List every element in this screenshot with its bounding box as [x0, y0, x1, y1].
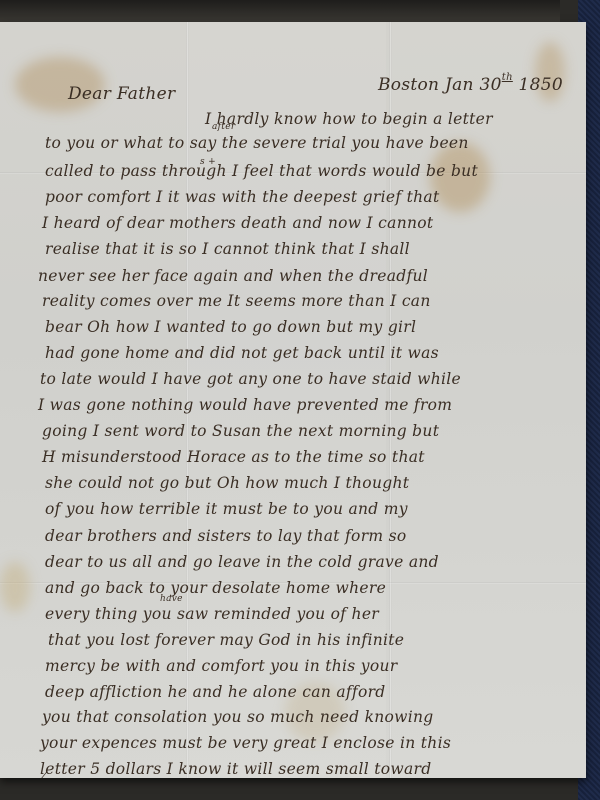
day: 30 — [480, 75, 502, 95]
day-suffix: th — [502, 72, 513, 83]
letter-line: you that consolation you so much need kn… — [42, 708, 434, 726]
place: Boston — [378, 75, 439, 95]
letter-line: had gone home and did not get back until… — [45, 344, 439, 362]
letter-line: and go back to your desolate home where — [45, 579, 386, 597]
letter-line: to late would I have got any one to have… — [40, 370, 461, 388]
letter-line: deep affliction he and he alone can affo… — [45, 683, 386, 701]
salutation: Dear Father — [68, 84, 175, 104]
month: Jan — [445, 75, 474, 95]
dark-background-top — [0, 0, 560, 22]
letter-line: that you lost forever may God in his inf… — [48, 631, 404, 649]
letter-line: poor comfort I it was with the deepest g… — [45, 188, 439, 206]
letter-line: called to pass through I feel that words… — [45, 162, 478, 180]
letter-line: I hardly know how to begin a letter — [205, 110, 493, 128]
letter-line: I heard of dear mothers death and now I … — [42, 214, 433, 232]
letter-line: realise that it is so I cannot think tha… — [45, 240, 410, 258]
letter-line: bear Oh how I wanted to go down but my g… — [45, 318, 416, 336]
letter-line: I was gone nothing would have prevented … — [38, 396, 452, 414]
letter-line: going I sent word to Susan the next morn… — [42, 422, 439, 440]
trailing-mark: ⁄ — [42, 770, 44, 778]
letter-line: dear to us all and go leave in the cold … — [45, 553, 439, 571]
year: 1850 — [519, 75, 563, 95]
letter-line: of you how terrible it must be to you an… — [45, 500, 408, 518]
letter-line: every thing you saw reminded you of her — [45, 605, 379, 623]
letter-paper: Dear Father Boston Jan 30th 1850 after s… — [0, 22, 586, 778]
dateline: Boston Jan 30th 1850 — [378, 75, 563, 95]
letter-line: your expences must be very great I enclo… — [40, 734, 451, 752]
water-stain — [0, 562, 30, 612]
letter-line: she could not go but Oh how much I thoug… — [45, 474, 409, 492]
letter-line: H misunderstood Horace as to the time so… — [42, 448, 425, 466]
letter-line: to you or what to say the severe trial y… — [45, 134, 469, 152]
letter-line: mercy be with and comfort you in this yo… — [45, 657, 397, 675]
letter-line: letter 5 dollars I know it will seem sma… — [40, 760, 431, 778]
letter-line: reality comes over me It seems more than… — [42, 292, 431, 310]
letter-line: dear brothers and sisters to lay that fo… — [45, 527, 407, 545]
letter-line: never see her face again and when the dr… — [38, 267, 428, 285]
